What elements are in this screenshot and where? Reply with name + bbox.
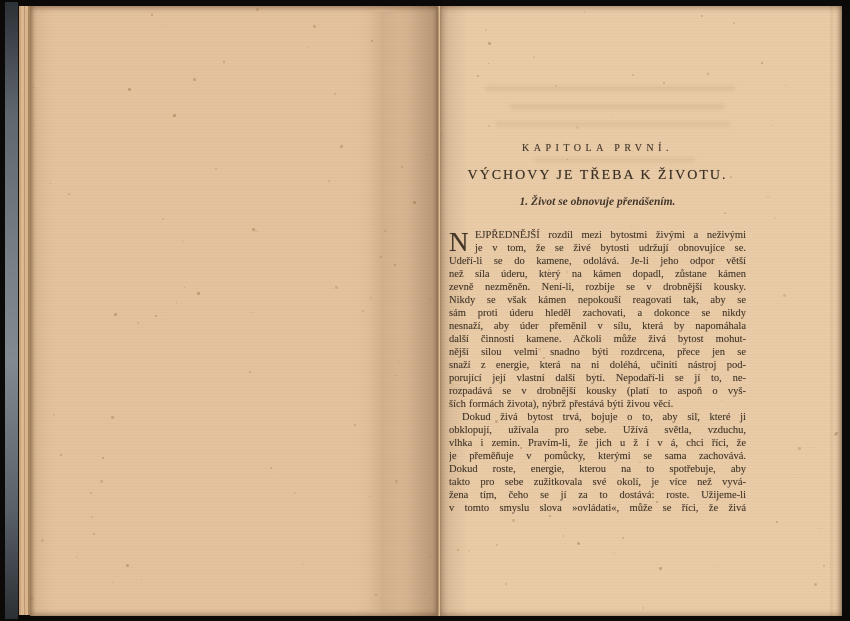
left-page — [30, 6, 437, 616]
body-line: takto pro sebe zužitkovala své okolí, je… — [449, 476, 746, 489]
foxing-spot — [126, 564, 129, 567]
page-edge-stack — [18, 6, 30, 615]
foxing-spot — [761, 62, 763, 64]
body-line: snaží z energie, která na ni doléhá, uči… — [449, 359, 746, 372]
foxing-spot — [50, 183, 51, 184]
foxing-spot — [141, 579, 142, 580]
foxing-spot — [488, 125, 490, 127]
foxing-spot — [642, 607, 644, 609]
foxing-spot — [468, 550, 470, 552]
book-scan: KAPITOLA PRVNÍ. VÝCHOVY JE TŘEBA K ŽIVOT… — [0, 0, 850, 621]
foxing-spot — [767, 196, 769, 198]
foxing-spot — [91, 516, 93, 518]
foxing-spot — [457, 549, 459, 551]
foxing-spot — [663, 82, 665, 84]
foxing-spot — [30, 597, 33, 600]
foxing-spot — [814, 583, 817, 586]
foxing-spot — [785, 85, 786, 86]
foxing-spot — [90, 492, 92, 494]
foxing-spot — [783, 294, 786, 297]
foxing-spot — [373, 224, 374, 225]
foxing-spot — [413, 201, 416, 204]
foxing-spot — [477, 75, 479, 77]
foxing-spot — [401, 166, 403, 168]
foxing-spot — [184, 287, 185, 288]
foxing-spot — [533, 56, 535, 58]
body-line: Nikdy se však kámen nepokouší reagovati … — [449, 294, 746, 307]
foxing-spot — [724, 212, 726, 214]
foxing-spot — [212, 281, 213, 282]
foxing-spot — [396, 375, 397, 376]
foxing-spot — [809, 447, 810, 448]
body-line: vlhka i zemin. Pravím-li, že jich u ž í … — [449, 437, 746, 450]
body-line: porující její vlastní další bytí. Nepoda… — [449, 372, 746, 385]
foxing-spot — [424, 593, 425, 594]
foxing-spot — [112, 582, 113, 583]
foxing-spot — [293, 142, 294, 143]
foxing-spot — [155, 315, 157, 317]
drop-cap: N — [449, 229, 469, 255]
foxing-spot — [151, 14, 153, 16]
body-line: sám proti úderu hleděl zachovati, a doko… — [449, 307, 746, 320]
foxing-spot — [380, 256, 382, 258]
body-line: je v tom, že se živé bytosti udržují obn… — [449, 242, 746, 255]
foxing-spot — [426, 154, 427, 155]
foxing-spot — [505, 583, 507, 585]
foxing-spot — [659, 567, 662, 570]
foxing-spot — [584, 12, 585, 13]
body-line: obklopují, užívala pro sebe. Užívá světl… — [449, 424, 746, 437]
body-text: NEJPŘEDNĚJŠÍ rozdíl mezi bytostmi živými… — [449, 229, 746, 515]
foxing-spot — [128, 88, 131, 91]
foxing-spot — [252, 312, 253, 313]
body-line: Dokud živá bytost trvá, bojuje o to, aby… — [449, 411, 746, 424]
foxing-spot — [488, 63, 489, 64]
foxing-spot — [370, 297, 372, 299]
foxing-spot — [114, 313, 117, 316]
foxing-spot — [375, 594, 377, 596]
foxing-spot — [384, 230, 386, 232]
foxing-spot — [223, 61, 225, 63]
foxing-spot — [776, 521, 778, 523]
foxing-spot — [632, 74, 634, 76]
section-subtitle: 1. Život se obnovuje přenášením. — [449, 196, 746, 208]
foxing-spot — [701, 15, 703, 17]
foxing-spot — [819, 528, 820, 529]
showthrough-streak — [535, 158, 695, 162]
paragraph: Dokud živá bytost trvá, bojuje o to, aby… — [449, 411, 746, 515]
foxing-spot — [204, 113, 205, 114]
foxing-spot — [215, 168, 217, 170]
book-cover-edge — [5, 2, 18, 619]
foxing-spot — [252, 228, 255, 231]
foxing-spot — [488, 42, 491, 45]
foxing-spot — [798, 477, 799, 478]
body-line: je přeměňuje v pomůcky, kterými se sama … — [449, 450, 746, 463]
foxing-spot — [328, 180, 330, 182]
showthrough-streak — [485, 86, 735, 91]
foxing-spot — [395, 480, 398, 483]
foxing-spot — [834, 434, 836, 436]
foxing-spot — [308, 47, 309, 48]
foxing-spot — [798, 447, 801, 450]
foxing-spot — [102, 457, 104, 459]
chapter-kicker: KAPITOLA PRVNÍ. — [449, 143, 746, 154]
foxing-spot — [622, 537, 624, 539]
foxing-spot — [835, 432, 838, 435]
foxing-spot — [335, 286, 338, 289]
foxing-spot — [485, 29, 487, 31]
body-line: než síla úderu, který na kámen dopadl, z… — [449, 268, 746, 281]
foxing-spot — [76, 556, 78, 558]
foxing-spot — [576, 126, 579, 129]
foxing-spot — [279, 472, 280, 473]
foxing-spot — [249, 371, 251, 373]
foxing-spot — [707, 73, 709, 75]
foxing-spot — [774, 217, 776, 219]
right-page: KAPITOLA PRVNÍ. VÝCHOVY JE TŘEBA K ŽIVOT… — [440, 6, 842, 616]
foxing-spot — [68, 193, 70, 195]
foxing-spot — [303, 564, 304, 565]
chapter-title: VÝCHOVY JE TŘEBA K ŽIVOTU. — [449, 168, 746, 184]
foxing-spot — [34, 125, 35, 126]
foxing-spot — [193, 78, 196, 81]
foxing-spot — [294, 492, 296, 494]
foxing-spot — [256, 8, 259, 11]
foxing-spot — [496, 544, 498, 546]
body-line: žena tím, čeho se jí za to dostává: rost… — [449, 489, 746, 502]
foxing-spot — [354, 424, 356, 426]
body-line: v tomto smyslu slova »ovládati«, může se… — [449, 502, 746, 515]
page-fold-shadow — [368, 12, 398, 611]
foxing-spot — [631, 226, 632, 227]
foxing-spot — [93, 533, 95, 535]
foxing-spot — [111, 416, 114, 419]
foxing-spot — [823, 565, 825, 567]
foxing-spot — [53, 414, 55, 416]
body-line: Dokud roste, energie, kterou na to spotř… — [449, 463, 746, 476]
foxing-spot — [614, 553, 615, 554]
body-line: Udeří-li se do kamene, odolává. Je-li je… — [449, 255, 746, 268]
foxing-spot — [183, 241, 184, 242]
foxing-spot — [162, 26, 163, 27]
foxing-spot — [197, 292, 200, 295]
foxing-spot — [255, 230, 257, 232]
fore-edge-shadow — [830, 6, 842, 616]
foxing-spot — [160, 319, 161, 320]
body-line: rozpadává se v drobnější kousky (platí t… — [449, 385, 746, 398]
body-line: zevně nezměněn. Není-li, rozbije se v dr… — [449, 281, 746, 294]
foxing-spot — [429, 556, 431, 558]
foxing-spot — [371, 40, 373, 42]
foxing-spot — [176, 302, 177, 303]
foxing-spot — [772, 125, 773, 126]
showthrough-streak — [495, 122, 730, 126]
foxing-spot — [555, 85, 557, 87]
foxing-spot — [577, 542, 580, 545]
foxing-spot — [714, 565, 715, 566]
foxing-spot — [429, 298, 431, 300]
foxing-spot — [334, 93, 336, 95]
foxing-spot — [379, 279, 380, 280]
body-line: EJPŘEDNĚJŠÍ rozdíl mezi bytostmi živými … — [449, 229, 746, 242]
foxing-spot — [440, 134, 442, 136]
showthrough-streak — [510, 104, 725, 109]
foxing-spot — [137, 322, 139, 324]
foxing-spot — [270, 467, 272, 469]
foxing-spot — [813, 380, 814, 381]
body-line: nější silou velmi snadno býti rozdrcena,… — [449, 346, 746, 359]
foxing-spot — [512, 519, 515, 522]
foxing-spot — [394, 264, 396, 266]
foxing-spot — [399, 361, 400, 362]
body-line: další činnosti kamene. Ačkoli může živá … — [449, 333, 746, 346]
foxing-spot — [562, 535, 564, 537]
foxing-spot — [369, 496, 370, 497]
foxing-spot — [173, 114, 176, 117]
foxing-spot — [41, 539, 44, 542]
foxing-spot — [100, 480, 103, 483]
foxing-spot — [612, 116, 613, 117]
foxing-spot — [340, 145, 343, 148]
foxing-spot — [567, 159, 568, 160]
foxing-spot — [733, 22, 735, 24]
body-line: nesnaží, aby úder přeměnil v sílu, která… — [449, 320, 746, 333]
body-line: ších formách života), nýbrž přestává být… — [449, 398, 746, 411]
foxing-spot — [33, 87, 34, 88]
foxing-spot — [162, 218, 164, 220]
foxing-spot — [313, 25, 316, 28]
foxing-spot — [362, 310, 364, 312]
foxing-spot — [549, 515, 551, 517]
paragraph: NEJPŘEDNĚJŠÍ rozdíl mezi bytostmi živými… — [449, 229, 746, 411]
foxing-spot — [60, 454, 62, 456]
